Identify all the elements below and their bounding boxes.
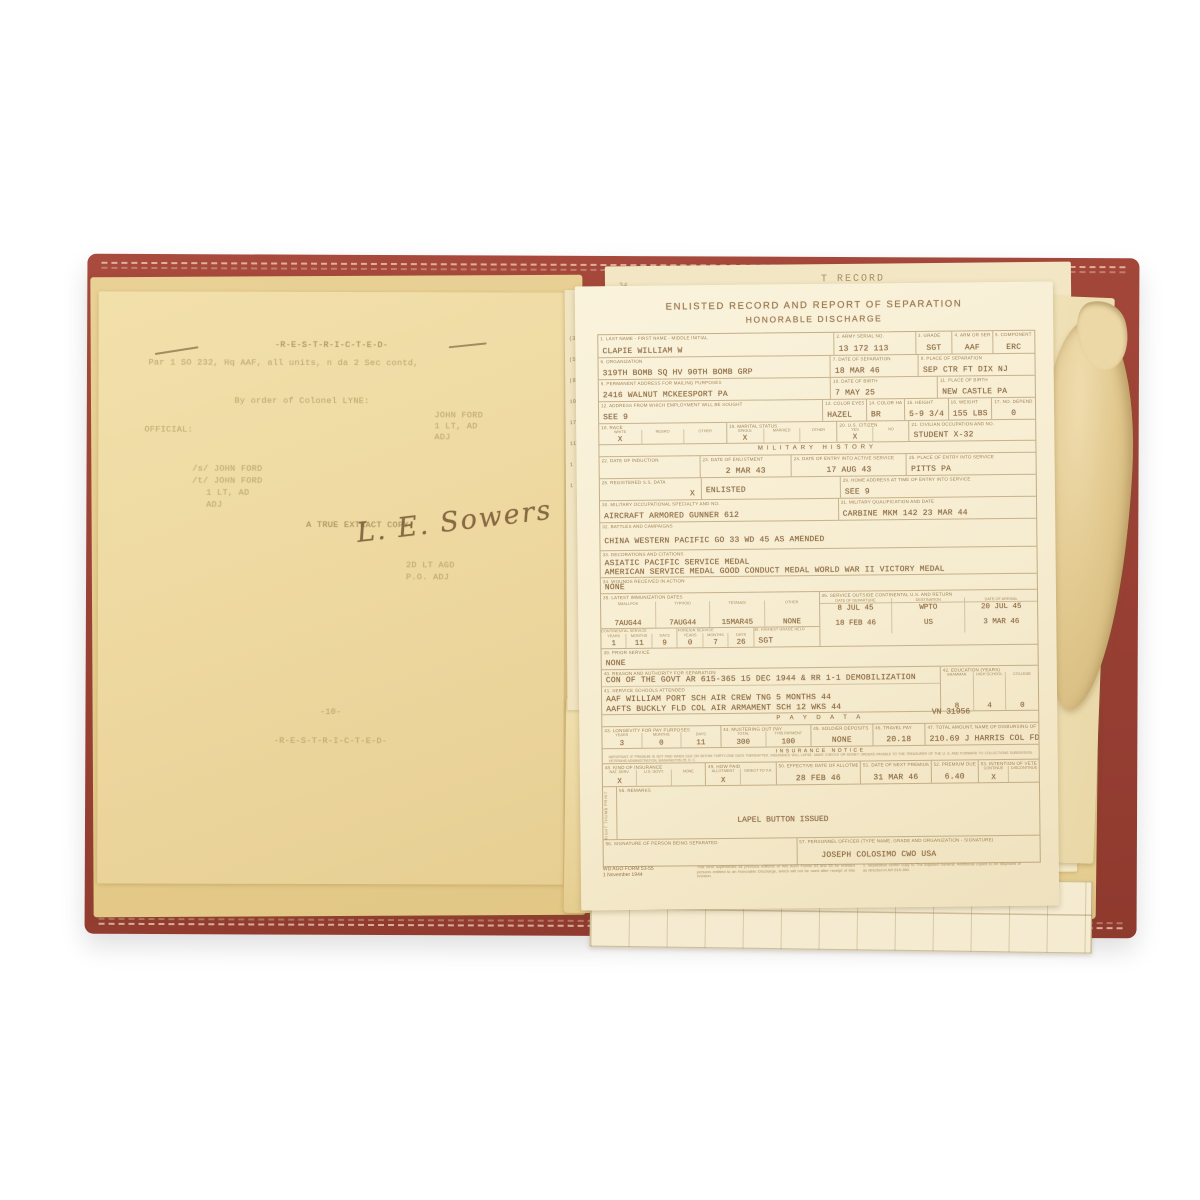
marital-married: MARRIED [764, 428, 801, 442]
field-service-outside-us: 36. SERVICE OUTSIDE CONTINENTAL U.S. AND… [819, 590, 1037, 646]
service-outside-row-2: 18 FEB 46 US 3 MAR 46 [820, 617, 1038, 634]
field-grade: 3. GRADE SGT [916, 332, 953, 354]
form-title: ENLISTED RECORD AND REPORT OF SEPARATION [575, 298, 1053, 314]
x-mark: X [706, 777, 740, 785]
handwritten-signature: L. E. Sowers [355, 495, 554, 549]
field-longevity: 43. LONGEVITY FOR PAY PURPOSES YEARS3 MO… [602, 726, 721, 748]
photo-stage: -R-E-S-T-R-I-C-T-E-D- Par 1 SO 232, Hq A… [0, 0, 1200, 1200]
field-color-hair: 14. COLOR HAIR BR [867, 399, 905, 420]
field-length-of-service: CONTINENTAL SERVICE YEARS1 MONTHS11 DAYS… [601, 627, 819, 648]
field-separatee-signature: 56. SIGNATURE OF PERSON BEING SEPARATED [604, 838, 798, 866]
field-remarks: 55. REMARKS LAPEL BUTTON ISSUED ASR SCOR… [617, 783, 1040, 839]
immun-other: OTHERNONE [765, 600, 819, 627]
field-permanent-address: 9. PERMANENT ADDRESS FOR MAILING PURPOSE… [599, 378, 831, 401]
citizen-no: NO [873, 427, 908, 441]
x-mark: X [603, 778, 636, 786]
form-row-service-block: 35. LATEST IMMUNIZATION DATES SMALLPOX7A… [601, 590, 1038, 650]
field-civilian-occupation: 21. CIVILIAN OCCUPATION AND NO. STUDENT … [909, 420, 1035, 441]
field-highest-grade: 38. HIGHEST GRADE HELD SGT [754, 627, 819, 647]
form-row-reason-schools: 40. REASON AND AUTHORITY FOR SEPARATION … [602, 666, 1038, 716]
field-mustering-out-pay: 44. MUSTERING OUT PAY TOTAL300 THIS PAYM… [721, 725, 811, 747]
field-education: 42. EDUCATION (YEARS) GRAMMAR8 HIGH SCHO… [941, 666, 1039, 711]
marital-single: SINGLEX [727, 429, 764, 443]
field-home-address-entry: 29. HOME ADDRESS AT TIME OF ENTRY INTO S… [841, 475, 1036, 498]
field-place-of-birth: 11. PLACE OF BIRTH NEW CASTLE PA [938, 376, 1035, 398]
letter-sig-po: P.O. ADJ [406, 572, 449, 582]
form-row-remarks: RIGHT THUMB PRINT 55. REMARKS LAPEL BUTT… [603, 783, 1040, 841]
field-component: 5. COMPONENT ERC [993, 331, 1035, 353]
field-date-entry-active: 24. DATE OF ENTRY INTO ACTIVE SERVICE 17… [792, 454, 907, 476]
field-allotment-discontinue-date: 50. EFFECTIVE DATE OF ALLOTMENT DISCONTI… [776, 762, 861, 785]
field-decorations: 33. DECORATIONS AND CITATIONS ASIATIC PA… [601, 547, 1037, 578]
field-name: 1. LAST NAME - FIRST NAME - MIDDLE INITI… [598, 333, 834, 357]
continental-service: CONTINENTAL SERVICE YEARS1 MONTHS11 DAYS… [601, 628, 678, 648]
field-date-of-birth: 10. DATE OF BIRTH 7 MAY 25 [831, 377, 938, 399]
field-mos: 30. MILITARY OCCUPATIONAL SPECIALTY AND … [600, 499, 839, 522]
footer-fine-print-1: This form supersedes all previous editio… [697, 864, 855, 879]
reason-and-schools: 40. REASON AND AUTHORITY FOR SEPARATION … [602, 667, 941, 715]
letter-classification-header: -R-E-S-T-R-I-C-T-E-D- [99, 339, 565, 350]
field-organization: 6. ORGANIZATION 319TH BOMB SQ HV 90TH BO… [598, 356, 830, 379]
immun-typhoid: TYPHOID7AUG44 [656, 601, 711, 628]
x-mark: X [837, 433, 872, 441]
field-enlisted-note: ENLISTED [702, 477, 841, 499]
field-travel-pay: 46. TRAVEL PAY 20.18 [873, 724, 926, 746]
field-service-schools: 41. SERVICE SCHOOLS ATTENDED AAF WILLIAM… [602, 684, 940, 715]
field-race: 18. RACE WHITEX NEGRO OTHER [599, 423, 727, 444]
field-height: 15. HEIGHT 5-9 3/4 [905, 399, 949, 420]
foreign-service: FOREIGN SERVICE YEARS0 MONTHS7 DAYS26 [678, 628, 755, 648]
x-mark: X [599, 436, 641, 444]
field-weight: 16. WEIGHT 155 LBS [949, 398, 993, 419]
education-college: COLLEGE0 [1006, 672, 1038, 710]
x-mark: X [979, 774, 1009, 782]
letter-by-order: By order of Colonel LYNE: [234, 396, 369, 406]
field-soldier-deposits: 45. SOLDIER DEPOSITS NONE [811, 724, 873, 746]
field-selective-service: 26. REGISTERED S.S. DATA X [600, 478, 702, 500]
letter-typed-line: /t/ JOHN FORD [192, 476, 262, 486]
discharge-form-page: ENLISTED RECORD AND REPORT OF SEPARATION… [575, 282, 1060, 911]
thumb-print-strip: RIGHT THUMB PRINT [603, 787, 618, 839]
x-mark: X [727, 435, 763, 443]
field-place-separation: 8. PLACE OF SEPARATION SEP CTR FT DIX NJ [919, 354, 1035, 376]
field-personnel-officer: 57. PERSONNEL OFFICER (TYPE NAME, GRADE … [797, 836, 1040, 865]
field-how-paid: 49. HOW PAID ALLOTMENTX DIRECT TO V.A. [706, 762, 777, 785]
x-mark: X [690, 489, 695, 498]
immun-tetanus: TETANUS15MAR45 [710, 601, 765, 628]
pay-overlay-number: VN 31956 [932, 707, 970, 716]
letter-official: OFFICIAL: [144, 425, 193, 435]
letter-signed-line: /s/ JOHN FORD [192, 464, 262, 474]
race-negro: NEGRO [642, 429, 685, 443]
field-date-enlistment: 23. DATE OF ENLISTMENT 2 MAR 43 [700, 455, 791, 477]
letter-officer-title: ADJ [434, 432, 450, 442]
letter-adj-line: ADJ [206, 500, 222, 510]
race-other: OTHER [684, 429, 726, 443]
letter-classification-footer: -R-E-S-T-R-I-C-T-E-D- [98, 735, 564, 746]
field-kind-of-insurance: 48. KIND OF INSURANCE NAT. SERV.X U.S. G… [603, 763, 706, 786]
field-immunization: 35. LATEST IMMUNIZATION DATES SMALLPOX7A… [601, 592, 819, 629]
field-next-premium-date: 51. DATE OF NEXT PREMIUM DUE 31 MAR 46 [861, 761, 932, 784]
field-color-eyes: 13. COLOR EYES HAZEL [823, 399, 867, 420]
field-premium-amount: 52. PREMIUM DUE EACH MONTH 6.40 [931, 760, 978, 782]
citizen-yes: YESX [837, 427, 873, 441]
field-battles-campaigns: 32. BATTLES AND CAMPAIGNS CHINA WESTERN … [600, 519, 1036, 551]
footer-fine-print-2: 1. Separation center copy to The Adjutan… [863, 862, 1021, 877]
form-subtitle: HONORABLE DISCHARGE [575, 312, 1053, 327]
form-number: WD AGO FORM 53-55 1 November 1944 [603, 865, 689, 880]
field-date-separation: 7. DATE OF SEPARATION 18 MAR 46 [831, 355, 919, 377]
field-total-disbursing: 47. TOTAL AMOUNT, NAME OF DISBURSING OFF… [925, 723, 1038, 745]
letter-rank-line: 1 LT, AD [206, 488, 249, 498]
typed-letter-page: -R-E-S-T-R-I-C-T-E-D- Par 1 SO 232, Hq A… [97, 291, 565, 884]
field-marital-status: 19. MARITAL STATUS SINGLEX MARRIED OTHER [727, 422, 838, 443]
field-arm-service: 4. ARM OR SERVICE AAF [953, 331, 994, 353]
education-grammar: GRAMMAR8 [941, 672, 974, 710]
field-qualification: 31. MILITARY QUALIFICATION AND DATE CARB… [839, 497, 1037, 520]
letter-officer-name: JOHN FORD [434, 410, 483, 420]
field-place-entry: 25. PLACE OF ENTRY INTO SERVICE PITTS PA [907, 453, 1036, 475]
remarks-lines: LAPEL BUTTON ISSUED ASR SCORE (2 SEP 45)… [737, 794, 925, 839]
form-grid: 1. LAST NAME - FIRST NAME - MIDDLE INITI… [597, 330, 1041, 868]
immunization-and-length: 35. LATEST IMMUNIZATION DATES SMALLPOX7A… [601, 592, 820, 648]
letter-page-number: -10- [98, 706, 564, 717]
education-highschool: HIGH SCHOOL4 [973, 672, 1006, 710]
field-citizen: 20. U.S. CITIZEN YESX NO [837, 421, 909, 442]
field-date-induction: 22. DATE OF INDUCTION [600, 456, 701, 478]
race-white: WHITEX [599, 430, 642, 444]
immun-smallpox: SMALLPOX7AUG44 [601, 602, 656, 629]
letter-paragraph: Par 1 SO 232, Hq AAF, all units, n da 2 … [149, 358, 419, 369]
field-veteran-intention: 53. INTENTION OF VETERAN TO CONTINUEX DI… [979, 760, 1039, 783]
field-serial-no: 2. ARMY SERIAL NO. 13 172 113 [834, 332, 916, 355]
letter-officer-rank: 1 LT, AD [434, 421, 477, 431]
field-employment-address: 12. ADDRESS FROM WHICH EMPLOYMENT WILL B… [599, 400, 823, 423]
letter-sig-rank: 2D LT AGD [406, 560, 455, 570]
marital-other: OTHER [801, 428, 837, 442]
field-dependents: 17. NO. DEPEND. 0 [992, 398, 1035, 419]
